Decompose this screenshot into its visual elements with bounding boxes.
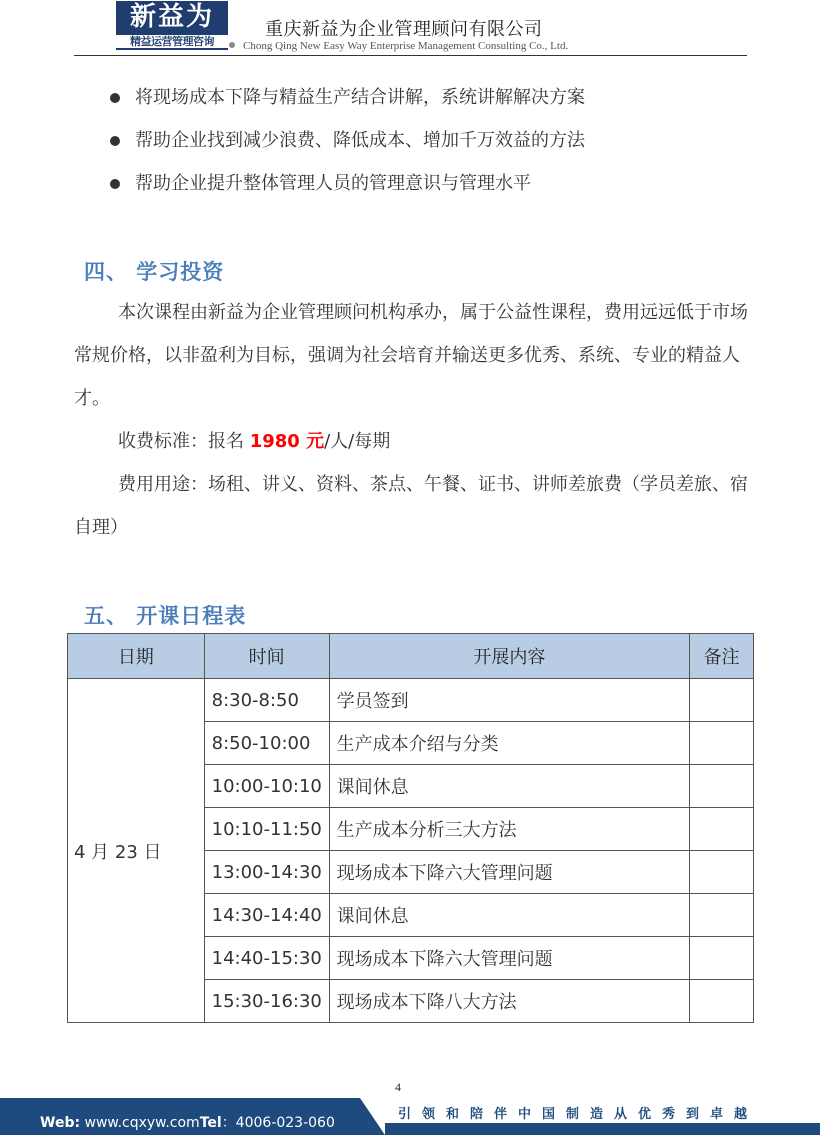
section-title-investment: 四、 学习投资 bbox=[84, 256, 224, 286]
time-cell: 13:00-14:30 bbox=[204, 851, 329, 894]
note-cell bbox=[690, 851, 754, 894]
column-header-note: 备注 bbox=[690, 634, 754, 679]
logo-dot-icon bbox=[229, 42, 235, 48]
bullet-icon bbox=[110, 93, 120, 103]
content-cell: 学员签到 bbox=[329, 679, 690, 722]
fee-amount: 1980 元 bbox=[250, 431, 324, 452]
note-cell bbox=[690, 894, 754, 937]
time-cell: 10:10-11:50 bbox=[204, 808, 329, 851]
tel-number: ：4006-023-060 bbox=[222, 1115, 335, 1131]
list-item-text: 帮助企业找到减少浪费、降低成本、增加千万效益的方法 bbox=[135, 130, 585, 151]
time-cell: 14:30-14:40 bbox=[204, 894, 329, 937]
time-cell: 8:50-10:00 bbox=[204, 722, 329, 765]
company-name-cn: 重庆新益为企业管理顾问有限公司 bbox=[265, 15, 543, 41]
footer-contact: Web: www.cqxyw.comTel：4006-023-060 bbox=[40, 1112, 335, 1132]
note-cell bbox=[690, 937, 754, 980]
list-item: 帮助企业提升整体管理人员的管理意识与管理水平 bbox=[108, 170, 585, 213]
column-header-time: 时间 bbox=[204, 634, 329, 679]
column-header-content: 开展内容 bbox=[329, 634, 690, 679]
logo-sub-text: 精益运营管理咨询 bbox=[116, 35, 228, 50]
header-divider bbox=[74, 55, 747, 56]
list-item-text: 帮助企业提升整体管理人员的管理意识与管理水平 bbox=[135, 173, 531, 194]
bullet-icon bbox=[110, 136, 120, 146]
content-cell: 课间休息 bbox=[329, 765, 690, 808]
list-item-text: 将现场成本下降与精益生产结合讲解，系统讲解解决方案 bbox=[135, 87, 585, 108]
fee-usage: 费用用途：场租、讲义、资料、茶点、午餐、证书、讲师差旅费（学员差旅、宿自理） bbox=[74, 463, 754, 549]
table-header-row: 日期 时间 开展内容 备注 bbox=[68, 634, 754, 679]
benefit-list: 将现场成本下降与精益生产结合讲解，系统讲解解决方案 帮助企业找到减少浪费、降低成… bbox=[108, 84, 585, 213]
table-row: 4 月 23 日 8:30-8:50 学员签到 bbox=[68, 679, 754, 722]
footer-band-right bbox=[385, 1123, 820, 1135]
content-cell: 现场成本下降六大管理问题 bbox=[329, 851, 690, 894]
note-cell bbox=[690, 980, 754, 1023]
schedule-table: 日期 时间 开展内容 备注 4 月 23 日 8:30-8:50 学员签到 8:… bbox=[67, 633, 754, 1023]
investment-text: 本次课程由新益为企业管理顾问机构承办，属于公益性课程，费用远远低于市场常规价格，… bbox=[74, 302, 748, 409]
content-cell: 生产成本介绍与分类 bbox=[329, 722, 690, 765]
investment-paragraph: 本次课程由新益为企业管理顾问机构承办，属于公益性课程，费用远远低于市场常规价格，… bbox=[74, 291, 754, 420]
note-cell bbox=[690, 808, 754, 851]
time-cell: 14:40-15:30 bbox=[204, 937, 329, 980]
logo-main-text: 新益为 bbox=[116, 1, 228, 34]
column-header-date: 日期 bbox=[68, 634, 205, 679]
footer-slogan: 引领和陪伴中国制造从优秀到卓越 bbox=[398, 1103, 758, 1122]
fee-label: 收费标准：报名 bbox=[118, 431, 250, 452]
fee-suffix: /人/每期 bbox=[324, 431, 390, 452]
list-item: 将现场成本下降与精益生产结合讲解，系统讲解解决方案 bbox=[108, 84, 585, 127]
date-cell: 4 月 23 日 bbox=[68, 679, 205, 1023]
list-item: 帮助企业找到减少浪费、降低成本、增加千万效益的方法 bbox=[108, 127, 585, 170]
bullet-icon bbox=[110, 179, 120, 189]
section-title-schedule: 五、 开课日程表 bbox=[84, 600, 246, 630]
content-cell: 生产成本分析三大方法 bbox=[329, 808, 690, 851]
content-cell: 现场成本下降六大管理问题 bbox=[329, 937, 690, 980]
web-label: Web: bbox=[40, 1115, 80, 1131]
page-number: 4 bbox=[395, 1080, 401, 1095]
note-cell bbox=[690, 722, 754, 765]
time-cell: 15:30-16:30 bbox=[204, 980, 329, 1023]
content-cell: 现场成本下降八大方法 bbox=[329, 980, 690, 1023]
company-logo: 新益为 精益运营管理咨询 bbox=[116, 1, 228, 50]
fee-standard: 收费标准：报名 1980 元/人/每期 bbox=[74, 420, 754, 463]
time-cell: 10:00-10:10 bbox=[204, 765, 329, 808]
time-cell: 8:30-8:50 bbox=[204, 679, 329, 722]
company-name-en: Chong Qing New Easy Way Enterprise Manag… bbox=[243, 40, 568, 52]
fee-usage-text: 费用用途：场租、讲义、资料、茶点、午餐、证书、讲师差旅费（学员差旅、宿自理） bbox=[74, 474, 748, 538]
note-cell bbox=[690, 765, 754, 808]
web-url: www.cqxyw.com bbox=[80, 1115, 200, 1131]
page-header: 新益为 精益运营管理咨询 重庆新益为企业管理顾问有限公司 Chong Qing … bbox=[0, 0, 820, 60]
note-cell bbox=[690, 679, 754, 722]
tel-label: Tel bbox=[200, 1115, 222, 1131]
content-cell: 课间休息 bbox=[329, 894, 690, 937]
